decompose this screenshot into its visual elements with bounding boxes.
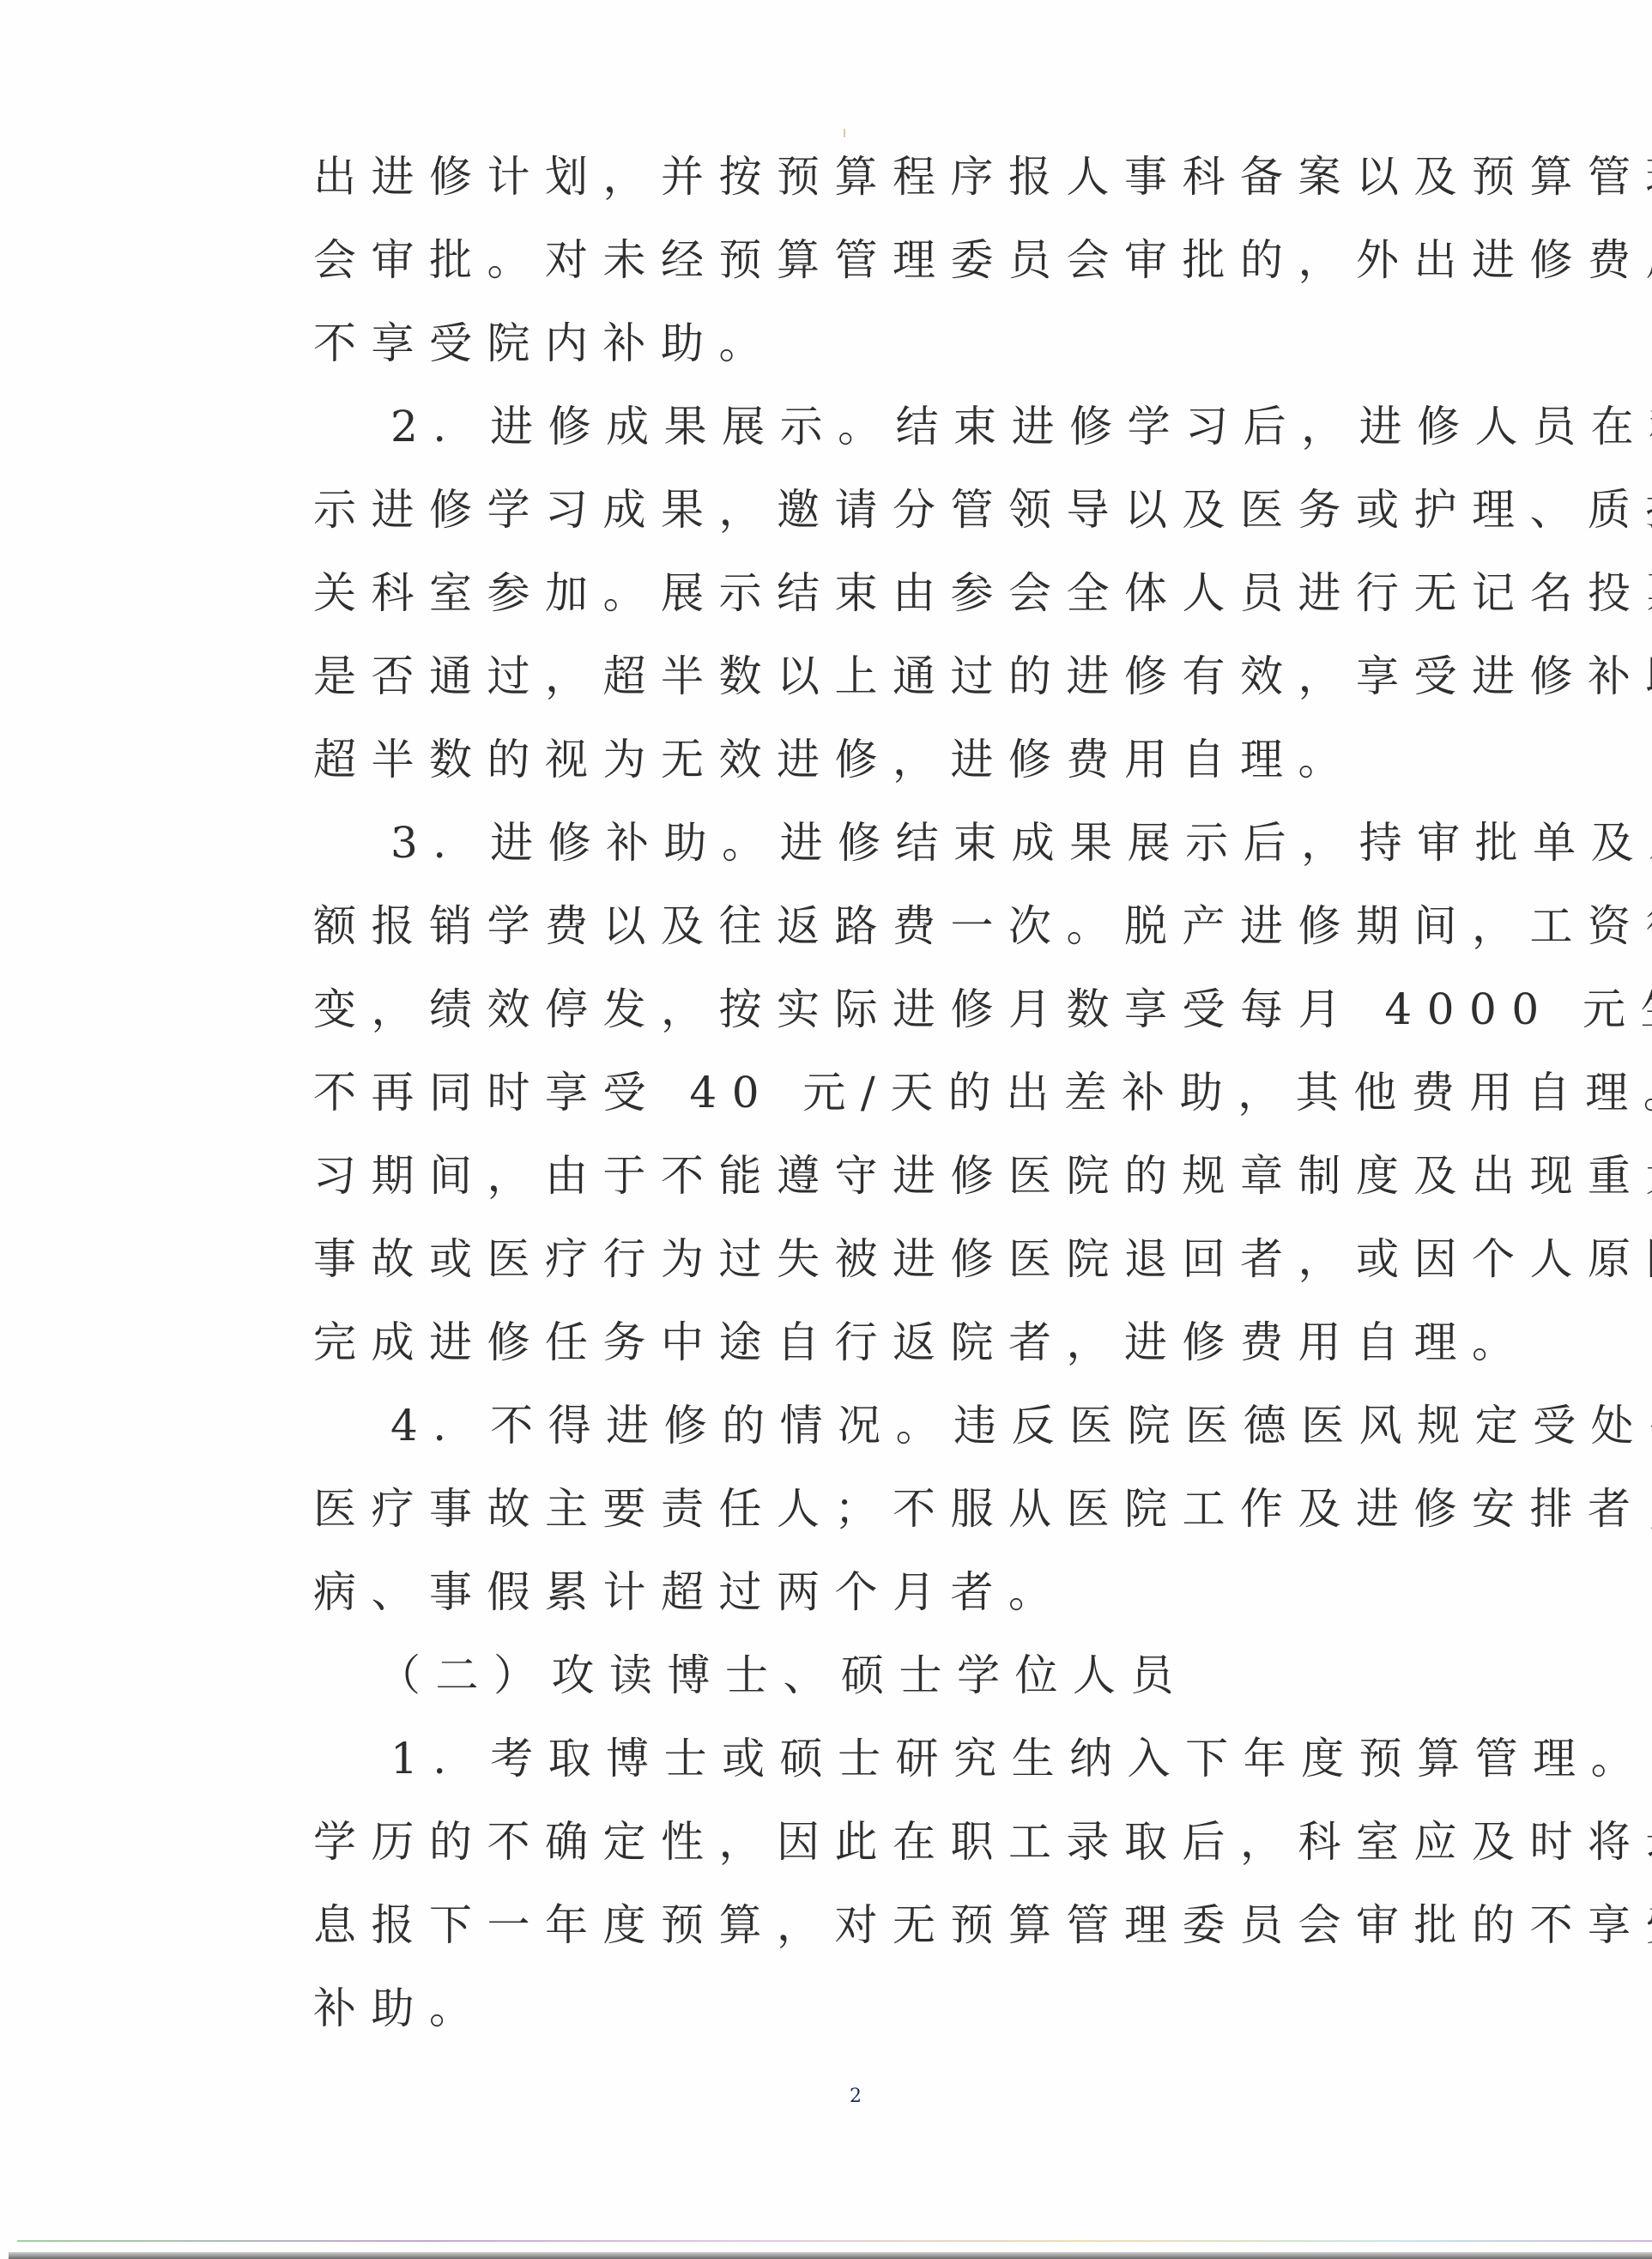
- text-line: 学历的不确定性，因此在职工录取后，科室应及时将录取信: [313, 1808, 1429, 1891]
- text-line: 变，绩效停发，按实际进修月数享受每月 4000 元生活补助，: [313, 975, 1429, 1058]
- text-line: 额报销学费以及往返路费一次。脱产进修期间，工资待遇不: [313, 892, 1429, 975]
- text-line: 息报下一年度预算，对无预算管理委员会审批的不享受学习: [313, 1891, 1429, 1974]
- text-line: 会审批。对未经预算管理委员会审批的，外出进修费用自理，: [313, 226, 1429, 309]
- text-line: 出进修计划，并按预算程序报人事科备案以及预算管理委员: [313, 142, 1429, 226]
- section-heading: （二）攻读博士、硕士学位人员: [313, 1641, 1429, 1724]
- paragraph-item-3: 3. 进修补助。进修结束成果展示后，持审批单及发票全: [313, 809, 1429, 892]
- scan-artifact-mark: [844, 129, 845, 137]
- document-page: 出进修计划，并按预算程序报人事科备案以及预算管理委员 会审批。对未经预算管理委员…: [0, 0, 1652, 2259]
- text-line: 医疗事故主要责任人；不服从医院工作及进修安排者；当年: [313, 1475, 1429, 1558]
- text-line: 不享受院内补助。: [313, 309, 1429, 392]
- text-line: 事故或医疗行为过失被进修医院退回者，或因个人原因不能: [313, 1225, 1429, 1308]
- document-body: 出进修计划，并按预算程序报人事科备案以及预算管理委员 会审批。对未经预算管理委员…: [313, 142, 1429, 2057]
- text-line: 关科室参加。展示结束由参会全体人员进行无记名投票表决: [313, 559, 1429, 642]
- scan-bottom-rule: [17, 2240, 1652, 2242]
- text-line: 补助。: [313, 1974, 1429, 2057]
- text-line: 病、事假累计超过两个月者。: [313, 1558, 1429, 1641]
- paragraph-item-4: 4. 不得进修的情况。违反医院医德医风规定受处罚者；: [313, 1391, 1429, 1475]
- text-line: 示进修学习成果，邀请分管领导以及医务或护理、质控等相: [313, 475, 1429, 559]
- page-number: 2: [850, 2086, 862, 2107]
- text-line: 超半数的视为无效进修，进修费用自理。: [313, 725, 1429, 809]
- text-line: 习期间，由于不能遵守进修医院的规章制度及出现重大医疗: [313, 1142, 1429, 1225]
- text-line: 是否通过，超半数以上通过的进修有效，享受进修补助，未: [313, 642, 1429, 725]
- text-line: 不再同时享受 40 元/天的出差补助，其他费用自理。进修学: [313, 1058, 1429, 1142]
- scan-page-edge: [9, 2252, 1652, 2259]
- text-line: 完成进修任务中途自行返院者，进修费用自理。: [313, 1308, 1429, 1391]
- paragraph-item-2: 2. 进修成果展示。结束进修学习后，进修人员在科室展: [313, 392, 1429, 475]
- paragraph-item-1: 1. 考取博士或硕士研究生纳入下年度预算管理。因考取: [313, 1724, 1429, 1808]
